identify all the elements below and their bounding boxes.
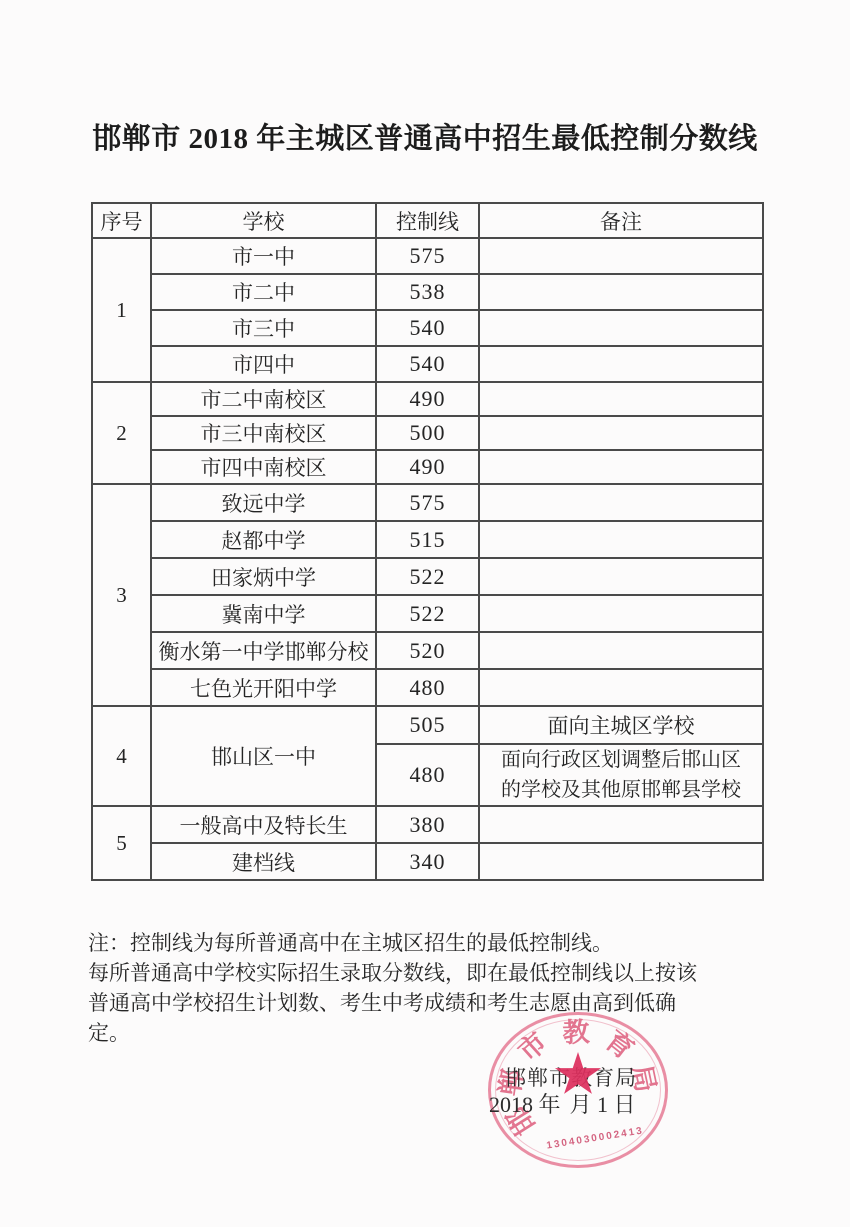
table-row: 2 市二中南校区 490 [92, 382, 763, 416]
school-cell: 七色光开阳中学 [151, 669, 376, 706]
page-title: 邯郸市 2018 年主城区普通高中招生最低控制分数线 [0, 116, 850, 157]
signature-date: 2018 年月 1 日 [489, 1088, 636, 1119]
school-cell: 建档线 [151, 843, 376, 880]
group-number-cell: 1 [92, 238, 151, 382]
header-cell-remark: 备注 [479, 203, 763, 238]
table-row: 赵都中学 515 [92, 521, 763, 558]
school-cell: 邯山区一中 [151, 706, 376, 806]
remark-cell [479, 346, 763, 382]
remark-cell [479, 806, 763, 843]
school-cell: 一般高中及特长生 [151, 806, 376, 843]
remark-cell: 面向主城区学校 [479, 706, 763, 744]
table-row: 七色光开阳中学 480 [92, 669, 763, 706]
score-cell: 538 [376, 274, 479, 310]
note-line: 普通高中学校招生计划数、考生中考成绩和考生志愿由高到低确 [88, 988, 778, 1018]
remark-cell [479, 382, 763, 416]
table-row: 市四中 540 [92, 346, 763, 382]
header-cell-school: 学校 [151, 203, 376, 238]
school-cell: 市二中南校区 [151, 382, 376, 416]
table-row: 衡水第一中学邯郸分校 520 [92, 632, 763, 669]
note-line: 定。 [88, 1018, 778, 1048]
school-cell: 市一中 [151, 238, 376, 274]
remark-cell [479, 274, 763, 310]
school-cell: 市三中 [151, 310, 376, 346]
school-cell: 田家炳中学 [151, 558, 376, 595]
table-row: 市三中南校区 500 [92, 416, 763, 450]
school-cell: 赵都中学 [151, 521, 376, 558]
school-cell: 致远中学 [151, 484, 376, 521]
remark-cell [479, 450, 763, 484]
score-cell: 380 [376, 806, 479, 843]
note-line: 每所普通高中学校实际招生录取分数线，即在最低控制线以上按该 [88, 958, 778, 988]
remark-cell [479, 558, 763, 595]
remark-cell [479, 632, 763, 669]
school-cell: 冀南中学 [151, 595, 376, 632]
table-row: 1 市一中 575 [92, 238, 763, 274]
group-number-cell: 3 [92, 484, 151, 706]
table-row: 3 致远中学 575 [92, 484, 763, 521]
score-cell: 522 [376, 558, 479, 595]
score-cell: 515 [376, 521, 479, 558]
table-row: 建档线 340 [92, 843, 763, 880]
score-table: 序号 学校 控制线 备注 1 市一中 575 市二中 538 市三中 540 市… [91, 202, 764, 881]
score-cell: 575 [376, 238, 479, 274]
score-cell: 500 [376, 416, 479, 450]
score-cell: 540 [376, 346, 479, 382]
header-cell-score: 控制线 [376, 203, 479, 238]
signature-date-year: 2018 年 [489, 1092, 561, 1117]
school-cell: 衡水第一中学邯郸分校 [151, 632, 376, 669]
table-row: 市二中 538 [92, 274, 763, 310]
note-line: 注：控制线为每所普通高中在主城区招生的最低控制线。 [88, 928, 778, 958]
score-cell: 480 [376, 669, 479, 706]
score-cell: 490 [376, 450, 479, 484]
header-cell-no: 序号 [92, 203, 151, 238]
school-cell: 市四中 [151, 346, 376, 382]
notes: 注：控制线为每所普通高中在主城区招生的最低控制线。 每所普通高中学校实际招生录取… [88, 928, 778, 1048]
table-row: 冀南中学 522 [92, 595, 763, 632]
signature-date-rest: 月 1 日 [570, 1092, 636, 1117]
group-number-cell: 2 [92, 382, 151, 484]
group-number-cell: 5 [92, 806, 151, 880]
table-row: 田家炳中学 522 [92, 558, 763, 595]
score-cell: 490 [376, 382, 479, 416]
score-cell: 540 [376, 310, 479, 346]
score-cell: 520 [376, 632, 479, 669]
school-cell: 市三中南校区 [151, 416, 376, 450]
remark-cell [479, 521, 763, 558]
table-row: 4 邯山区一中 505 面向主城区学校 [92, 706, 763, 744]
group-number-cell: 4 [92, 706, 151, 806]
score-cell: 340 [376, 843, 479, 880]
score-cell: 575 [376, 484, 479, 521]
school-cell: 市二中 [151, 274, 376, 310]
remark-cell [479, 595, 763, 632]
table-row: 5 一般高中及特长生 380 [92, 806, 763, 843]
table-header-row: 序号 学校 控制线 备注 [92, 203, 763, 238]
table-row: 市三中 540 [92, 310, 763, 346]
remark-cell [479, 669, 763, 706]
remark-cell [479, 416, 763, 450]
remark-cell [479, 238, 763, 274]
score-cell: 480 [376, 744, 479, 806]
remark-cell [479, 484, 763, 521]
score-cell: 522 [376, 595, 479, 632]
remark-cell [479, 310, 763, 346]
remark-cell: 面向行政区划调整后邯山区的学校及其他原邯郸县学校 [479, 744, 763, 806]
score-cell: 505 [376, 706, 479, 744]
remark-cell [479, 843, 763, 880]
table-row: 市四中南校区 490 [92, 450, 763, 484]
school-cell: 市四中南校区 [151, 450, 376, 484]
